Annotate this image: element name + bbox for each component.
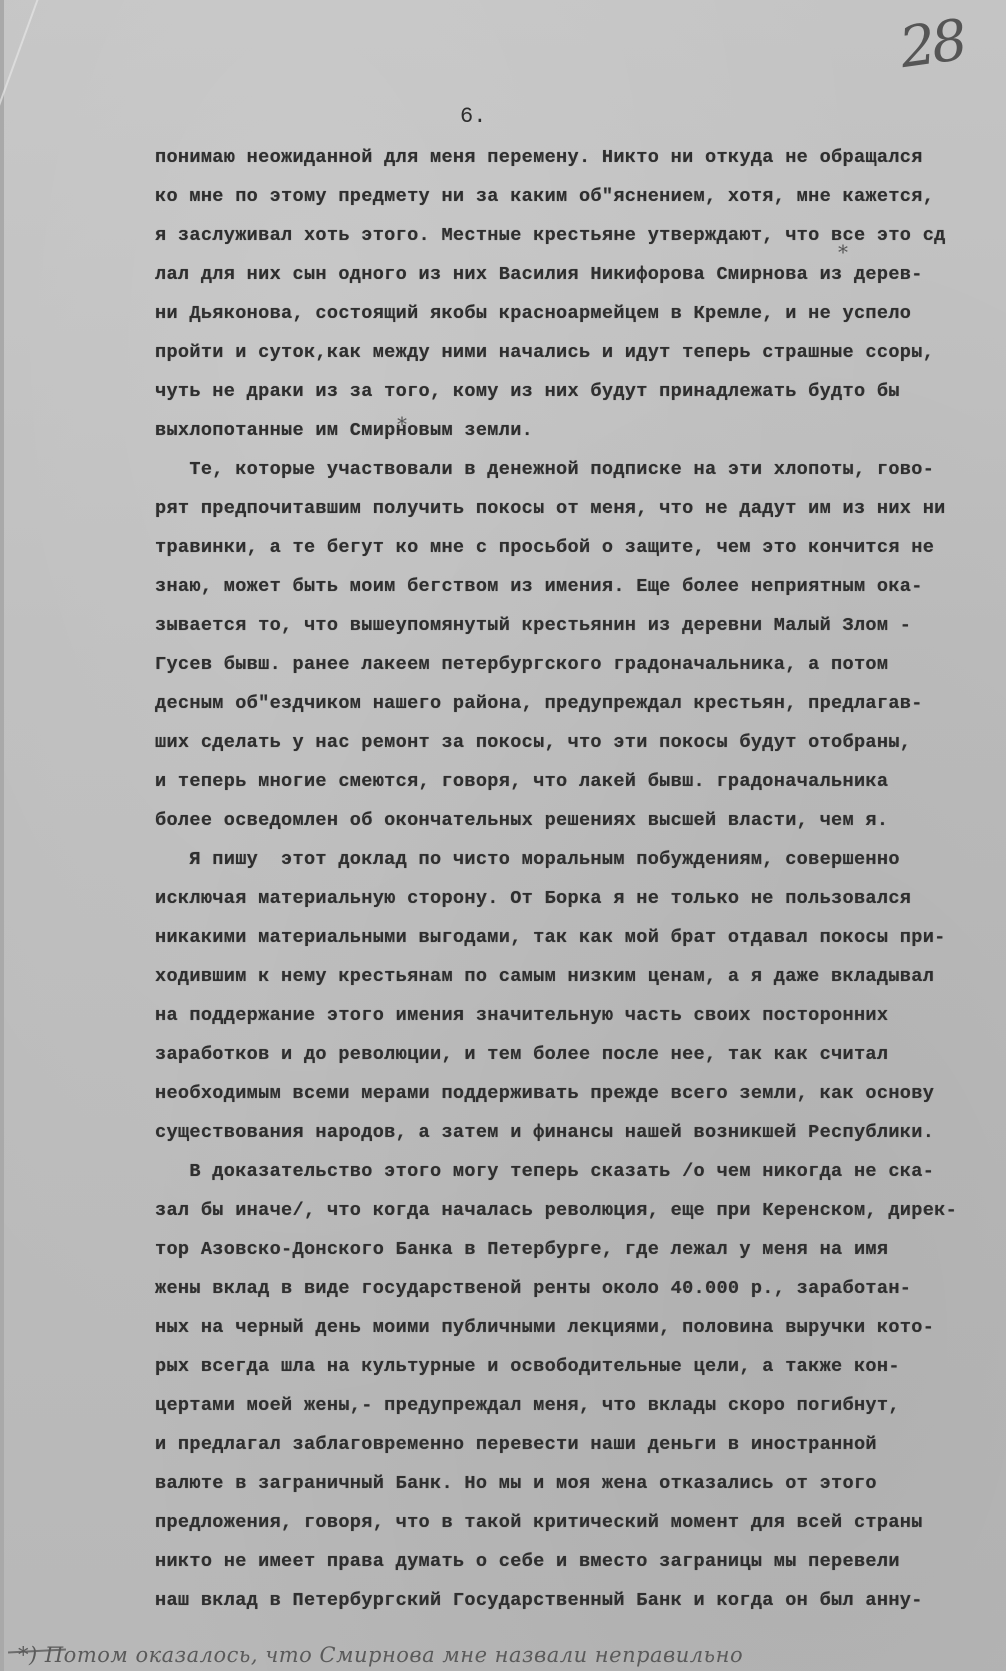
- paragraph-start: В доказательство этого могу теперь сказа…: [155, 1152, 1005, 1191]
- text-line: знаю, может быть моим бегством из имения…: [155, 567, 1005, 606]
- text-line: валюте в заграничный Банк. Но мы и моя ж…: [155, 1464, 1005, 1503]
- fold-crease: [0, 0, 42, 216]
- text-line: и теперь многие смеются, говоря, что лак…: [155, 762, 1005, 801]
- text-line: ных на черный день моими публичными лекц…: [155, 1308, 1005, 1347]
- typewritten-body: понимаю неожиданной для меня перемену. Н…: [155, 138, 1005, 1620]
- text-line: никто не имеет права думать о себе и вме…: [155, 1542, 1005, 1581]
- text-line: на поддержание этого имения значительную…: [155, 996, 1005, 1035]
- text-line: зывается то, что вышеупомянутый крестьян…: [155, 606, 1005, 645]
- asterisk-annotation: *: [838, 240, 848, 264]
- text-line: цертами моей жены,- предупреждал меня, ч…: [155, 1386, 1005, 1425]
- typed-page-number: 6.: [460, 104, 486, 129]
- text-line: наш вклад в Петербургский Государственны…: [155, 1581, 1005, 1620]
- text-line: тор Азовско-Донского Банка в Петербурге,…: [155, 1230, 1005, 1269]
- asterisk-annotation: *: [397, 412, 407, 436]
- document-page: 28 6. понимаю неожиданной для меня перем…: [0, 0, 1006, 1671]
- text-line: выхлопотанные им Смирновым земли.: [155, 411, 1005, 450]
- text-line: исключая материальную сторону. От Борка …: [155, 879, 1005, 918]
- text-line: пройти и суток,как между ними начались и…: [155, 333, 1005, 372]
- handwritten-folio-number: 28: [896, 8, 968, 81]
- text-line: зал бы иначе/, что когда началась револю…: [155, 1191, 1005, 1230]
- text-line: заработков и до революции, и тем более п…: [155, 1035, 1005, 1074]
- text-line: и предлагал заблаговременно перевести на…: [155, 1425, 1005, 1464]
- text-line: более осведомлен об окончательных решени…: [155, 801, 1005, 840]
- text-line: существования народов, а затем и финансы…: [155, 1113, 1005, 1152]
- text-line: предложения, говоря, что в такой критиче…: [155, 1503, 1005, 1542]
- text-line: лал для них сын одного из них Василия Ни…: [155, 255, 1005, 294]
- text-line: Гусев бывш. ранее лакеем петербургского …: [155, 645, 1005, 684]
- text-line: ни Дьяконова, состоящий якобы красноарме…: [155, 294, 1005, 333]
- paragraph-start: Те, которые участвовали в денежной подпи…: [155, 450, 1005, 489]
- text-line: рых всегда шла на культурные и освободит…: [155, 1347, 1005, 1386]
- text-line: понимаю неожиданной для меня перемену. Н…: [155, 138, 1005, 177]
- text-line: необходимым всеми мерами поддерживать пр…: [155, 1074, 1005, 1113]
- page-edge: [0, 0, 4, 1671]
- text-line: ходившим к нему крестьянам по самым низк…: [155, 957, 1005, 996]
- text-line: травинки, а те бегут ко мне с просьбой о…: [155, 528, 1005, 567]
- handwritten-footnote: *) Потом оказалось, что Смирнова мне наз…: [18, 1643, 743, 1667]
- text-line: десным об"ездчиком нашего района, предуп…: [155, 684, 1005, 723]
- text-line: рят предпочитавшим получить покосы от ме…: [155, 489, 1005, 528]
- text-line: жены вклад в виде государственой ренты о…: [155, 1269, 1005, 1308]
- paragraph-start: Я пишу этот доклад по чисто моральным по…: [155, 840, 1005, 879]
- text-line: ко мне по этому предмету ни за каким об"…: [155, 177, 1005, 216]
- text-line: я заслуживал хоть этого. Местные крестья…: [155, 216, 1005, 255]
- text-line: никакими материальными выгодами, так как…: [155, 918, 1005, 957]
- text-line: ших сделать у нас ремонт за покосы, что …: [155, 723, 1005, 762]
- text-line: чуть не драки из за того, кому из них бу…: [155, 372, 1005, 411]
